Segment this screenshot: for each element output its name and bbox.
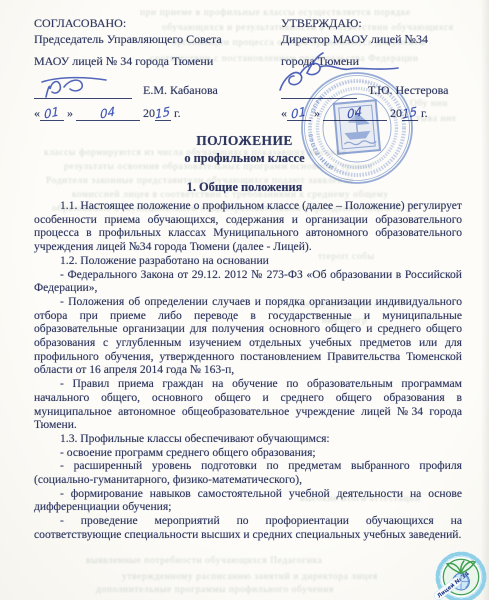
era-label: г.	[421, 106, 428, 120]
handwritten-signature-kabanova	[38, 75, 124, 101]
scanned-document-page: при приеме в профильные классы осуществл…	[0, 0, 489, 600]
quote-close: »	[67, 106, 73, 120]
era-label: г.	[174, 106, 181, 120]
document-title: ПОЛОЖЕНИЕ	[0, 133, 489, 149]
school-logo: Лицей № 34	[433, 549, 489, 600]
handwritten-year: 15	[155, 104, 170, 123]
document-body: 1.1. Настоящее положение о профильном кл…	[34, 199, 462, 542]
body-paragraph: - формирование навыков самостоятельной у…	[34, 487, 462, 514]
handwritten-month: 04	[100, 104, 115, 123]
body-paragraph: 1.3. Профильные классы обеспечивают обуч…	[34, 432, 462, 446]
approved-role: Директор МАОУ лицей №34	[281, 32, 471, 48]
approved-label: УТВЕРЖДАЮ:	[281, 16, 471, 32]
document-subtitle: о профильном классе	[0, 151, 489, 166]
body-paragraph: - Положения об определении случаев и пор…	[34, 295, 462, 377]
agreed-label: СОГЛАСОВАНО:	[34, 16, 281, 32]
bleed-line: выявленные потребности обучающихся Педаг…	[86, 556, 426, 566]
body-paragraph: - расширенный уровень подготовки по пред…	[34, 459, 462, 486]
section-heading: 1. Общие положения	[0, 180, 489, 195]
body-paragraph: 1.2. Положение разработано на основании	[34, 254, 462, 268]
signature-line	[34, 74, 132, 99]
body-paragraph: - проведение мероприятий по профориентац…	[34, 514, 462, 541]
agreed-org: МАОУ лицей № 34 города Тюмени	[34, 54, 281, 70]
agreed-date: «01 » 04 2015 г.	[34, 106, 281, 122]
handwritten-day: 01	[44, 104, 59, 123]
agreed-block: СОГЛАСОВАНО: Председатель Управляющего С…	[34, 16, 281, 121]
agreed-signature-row: Е.М. Кабанова	[34, 75, 281, 99]
bleed-line: дополнительные программы профильного обу…	[96, 585, 426, 595]
body-paragraph: - освоение программ среднего общего обра…	[34, 446, 462, 460]
agreed-role: Председатель Управляющего Совета	[34, 32, 281, 48]
year-prefix: 20	[143, 106, 155, 120]
body-paragraph: - Федерального Закона от 29.12. 2012 № 2…	[34, 268, 462, 295]
body-paragraph: - Правил приема граждан на обучение по о…	[34, 377, 462, 432]
agreed-signatory-name: Е.М. Кабанова	[143, 83, 218, 99]
approved-org: города Тюмени	[281, 54, 471, 70]
bleed-line: утвержденному расписанию занятий и дирек…	[122, 572, 422, 582]
title-block: ПОЛОЖЕНИЕ о профильном классе 1. Общие п…	[0, 133, 489, 195]
official-round-stamp: ····· ИНН 72040 ····· ОГРН ····· ····· ·…	[299, 70, 415, 186]
body-paragraph: 1.1. Настоящее положение о профильном кл…	[34, 199, 462, 254]
